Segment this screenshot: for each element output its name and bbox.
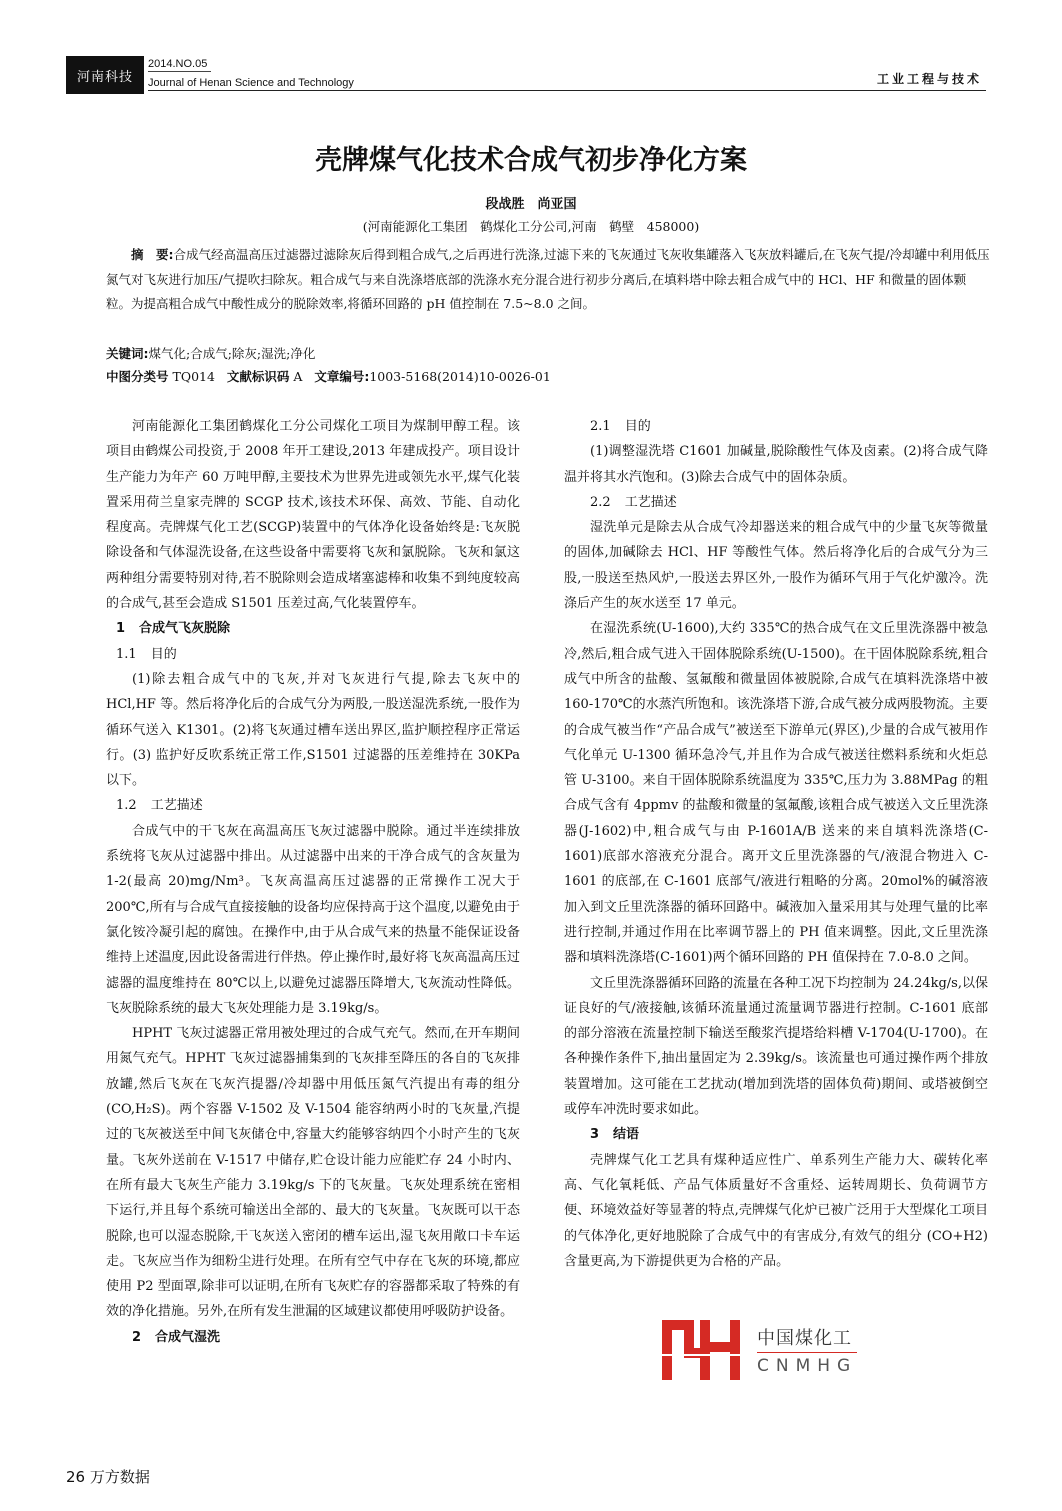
left-column: 河南能源化工集团鹤煤化工分公司煤化工项目为煤制甲醇工程。该项目由鹤煤公司投资,于…: [106, 414, 520, 1350]
running-header: 河南科技 2014.NO.05 Journal of Henan Science…: [66, 56, 986, 94]
header-rule: [148, 90, 986, 91]
section-2-1-paragraph: (1)调整湿洗塔 C1601 加碱量,脱除酸性气体及卤素。(2)将合成气降温并将…: [564, 439, 988, 490]
mh-logo-icon: [662, 1320, 747, 1380]
section-1-1-paragraph: (1)除去粗合成气中的飞灰,并对飞灰进行气提,除去飞灰中的 HCl,HF 等。然…: [106, 667, 520, 793]
article-no-value: 1003-5168(2014)10-0026-01: [369, 369, 550, 384]
watermark-text: 中国煤化工 CNMHG: [757, 1324, 857, 1376]
section-1-1-heading: 1.1目的: [106, 642, 520, 667]
section-2-2-paragraph-a: 湿洗单元是除去从合成气冷却器送来的粗合成气中的少量飞灰等微量的固体,加碱除去 H…: [564, 515, 988, 616]
doc-code-value: A: [293, 369, 302, 384]
section-label: 工业工程与技术: [877, 70, 982, 87]
clc-label: 中图分类号: [106, 369, 169, 384]
keywords-label: 关键词:: [106, 346, 149, 361]
section-1-heading: 1合成气飞灰脱除: [106, 616, 520, 641]
cnmhg-watermark: 中国煤化工 CNMHG: [662, 1320, 878, 1380]
section-1-2-paragraph-a: 合成气中的干飞灰在高温高压飞灰过滤器中脱除。通过半连续排放系统将飞灰从过滤器中排…: [106, 819, 520, 1021]
section-1-2-heading: 1.2工艺描述: [106, 793, 520, 818]
section-3-heading: 3结语: [564, 1122, 988, 1147]
clc-value: TQ014: [173, 369, 215, 384]
authors: 段战胜 尚亚国: [0, 193, 1062, 212]
affiliation: (河南能源化工集团 鹤煤化工分公司,河南 鹤壁 458000): [0, 217, 1062, 235]
watermark-cn: 中国煤化工: [757, 1324, 857, 1353]
abstract-label: 摘 要:: [131, 247, 174, 262]
right-column: 2.1目的 (1)调整湿洗塔 C1601 加碱量,脱除酸性气体及卤素。(2)将合…: [564, 414, 988, 1274]
section-2-heading: 2合成气湿洗: [106, 1325, 520, 1350]
article-title: 壳牌煤气化技术合成气初步净化方案: [0, 138, 1062, 177]
article-no-label: 文章编号:: [314, 369, 369, 384]
section-3-paragraph: 壳牌煤气化工艺具有煤种适应性广、单系列生产能力大、碳转化率高、气化氧耗低、产品气…: [564, 1148, 988, 1274]
doc-code-label: 文献标识码: [227, 369, 290, 384]
keywords-text: 煤气化;合成气;除灰;湿洗;净化: [149, 346, 316, 361]
abstract: 摘 要:合成气经高温高压过滤器过滤除灰后得到粗合成气,之后再进行洗涤,过滤下来的…: [106, 243, 990, 317]
classification-line: 中图分类号 TQ014 文献标识码 A 文章编号:1003-5168(2014)…: [106, 367, 551, 387]
intro-paragraph: 河南能源化工集团鹤煤化工分公司煤化工项目为煤制甲醇工程。该项目由鹤煤公司投资,于…: [106, 414, 520, 616]
section-2-2-heading: 2.2工艺描述: [564, 490, 988, 515]
keywords: 关键词:煤气化;合成气;除灰;湿洗;净化: [106, 344, 315, 364]
journal-name: Journal of Henan Science and Technology: [148, 75, 354, 91]
issue-number: 2014.NO.05: [148, 57, 211, 72]
journal-logo: 河南科技: [66, 56, 144, 94]
section-1-2-paragraph-b: HPHT 飞灰过滤器正常用被处理过的合成气充气。然而,在开车期间用氮气充气。HP…: [106, 1021, 520, 1325]
footer-source: 万方数据: [90, 1468, 150, 1486]
section-2-2-paragraph-b: 在湿洗系统(U-1600),大约 335℃的热合成气在文丘里洗涤器中被急冷,然后…: [564, 616, 988, 970]
page-footer: 26 万方数据: [66, 1466, 150, 1487]
journal-info: 2014.NO.05 Journal of Henan Science and …: [148, 57, 354, 91]
section-2-1-heading: 2.1目的: [564, 414, 988, 439]
watermark-en: CNMHG: [757, 1356, 857, 1376]
section-2-2-paragraph-c: 文丘里洗涤器循环回路的流量在各种工况下均控制为 24.24kg/s,以保证良好的…: [564, 971, 988, 1123]
page-number: 26: [66, 1468, 85, 1486]
abstract-text: 合成气经高温高压过滤器过滤除灰后得到粗合成气,之后再进行洗涤,过滤下来的飞灰通过…: [106, 247, 990, 311]
